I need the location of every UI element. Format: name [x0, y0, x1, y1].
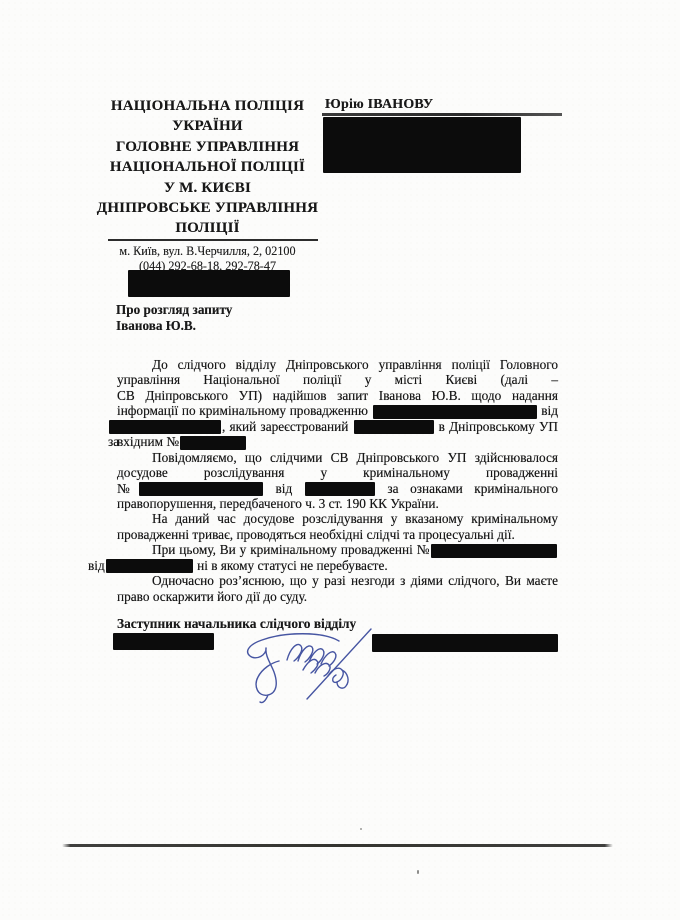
scan-speck — [360, 828, 362, 830]
body-line: вхідним № — [117, 434, 558, 449]
redaction-inline — [305, 482, 375, 496]
body-line: правопорушення, передбаченого ч. 3 ст. 1… — [117, 496, 558, 511]
letterhead-line: НАЦІОНАЛЬНОЇ ПОЛІЦІЇ — [95, 157, 320, 177]
body-line: Повідомляємо, що слідчими СВ Дніпровсько… — [117, 450, 558, 465]
body-line: від ні в якому статусі не перебуваєте. — [88, 558, 558, 573]
recipient-underline — [322, 113, 562, 116]
redaction-signer-rank — [113, 633, 214, 650]
letterhead-line: ДНІПРОВСЬКЕ УПРАВЛІННЯ — [95, 198, 320, 218]
letterhead: НАЦІОНАЛЬНА ПОЛІЦІЯ УКРАЇНИ ГОЛОВНЕ УПРА… — [95, 96, 320, 239]
signature-icon — [228, 616, 392, 712]
page-bottom-edge — [62, 844, 613, 847]
redaction-inline — [106, 559, 193, 573]
letterhead-line: ГОЛОВНЕ УПРАВЛІННЯ — [95, 137, 320, 157]
body-line: , який зареєстрований в Дніпровському УП… — [108, 419, 558, 434]
letter-body: До слідчого відділу Дніпровського управл… — [117, 357, 558, 604]
redaction-signer-name — [372, 634, 558, 652]
scanned-letter-page: НАЦІОНАЛЬНА ПОЛІЦІЯ УКРАЇНИ ГОЛОВНЕ УПРА… — [0, 0, 680, 920]
redaction-inline — [373, 405, 537, 419]
scan-speck — [417, 870, 419, 874]
subject-line: Про розгляд запиту — [116, 302, 232, 318]
body-line: інформації по кримінальному провадженню … — [117, 403, 558, 418]
subject-block: Про розгляд запиту Іванова Ю.В. — [116, 302, 232, 333]
body-line: провадженні триває, проводяться необхідн… — [117, 527, 558, 542]
redaction-inline — [431, 544, 557, 558]
letterhead-line: У М. КИЄВІ — [95, 178, 320, 198]
body-line: досудове розслідування у кримінальному п… — [117, 465, 558, 480]
letterhead-divider — [108, 239, 318, 241]
body-line: № від за ознаками кримінального — [117, 481, 558, 496]
body-line: Одночасно роз’яснюю, що у разі незгоди з… — [117, 573, 558, 588]
redaction-inline — [180, 436, 246, 450]
letterhead-line: НАЦІОНАЛЬНА ПОЛІЦІЯ — [95, 96, 320, 116]
redaction-recipient-address — [323, 117, 521, 173]
redaction-inline — [354, 420, 434, 434]
letterhead-line: ПОЛІЦІЇ — [95, 218, 320, 238]
body-line: право оскаржити його дії до суду. — [117, 589, 558, 604]
recipient-name: Юрію ІВАНОВУ — [325, 97, 433, 113]
body-line: СВ Дніпровського УП) надійшов запит Іван… — [117, 388, 558, 403]
redaction-outgoing-number — [128, 270, 290, 297]
redaction-inline — [109, 420, 221, 434]
redaction-inline — [139, 482, 263, 496]
body-line: До слідчого відділу Дніпровського управл… — [117, 357, 558, 372]
letterhead-line: УКРАЇНИ — [95, 116, 320, 136]
body-line: На даний час досудове розслідування у вк… — [117, 511, 558, 526]
letterhead-address: м. Київ, вул. В.Черчилля, 2, 02100 — [95, 244, 320, 259]
letterhead-contacts: м. Київ, вул. В.Черчилля, 2, 02100 (044)… — [95, 244, 320, 273]
body-line: При цьому, Ви у кримінальному провадженн… — [117, 542, 558, 557]
body-line: управління Національної поліції у місті … — [117, 372, 558, 387]
subject-line: Іванова Ю.В. — [116, 318, 232, 334]
